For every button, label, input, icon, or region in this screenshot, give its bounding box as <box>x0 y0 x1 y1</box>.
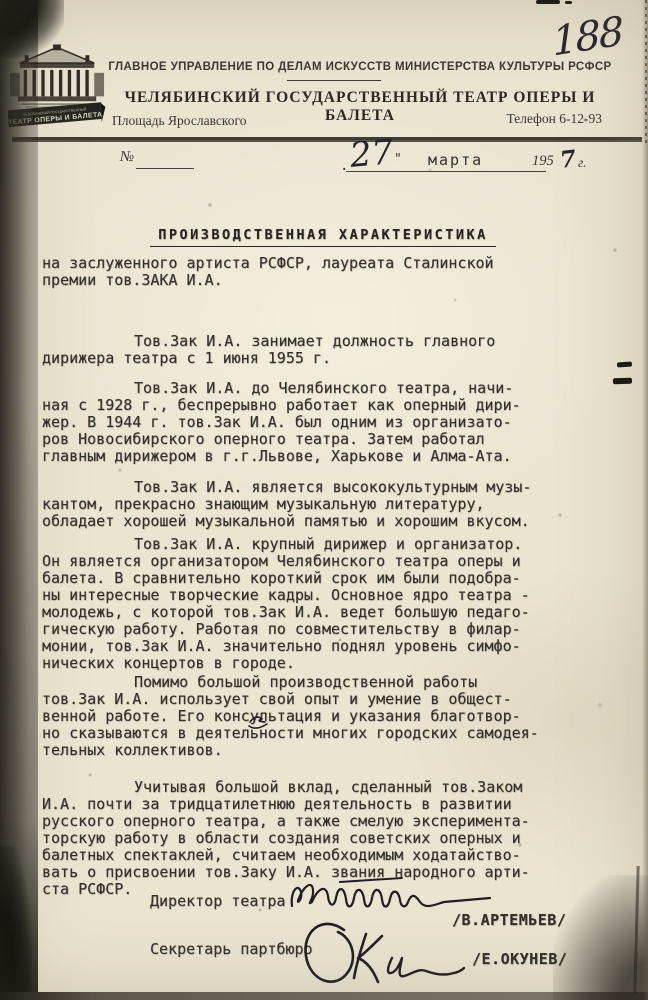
margin-dash-mark <box>613 378 632 385</box>
document-page: 188 ЧЕЛЯБИНСКИЙ ГОСУДАРСТВЕННЫЙ ТЕАТР ОП… <box>0 0 648 1000</box>
handwritten-check-mark <box>246 712 272 732</box>
scan-right-edge <box>642 0 648 1000</box>
theater-building-logo-icon: ЧЕЛЯБИНСКИЙ ГОСУДАРСТВЕННЫЙ ТЕАТР ОПЕРЫ … <box>8 42 106 138</box>
paragraph: Тов.Зак И.А. является высококультурным м… <box>42 479 604 530</box>
handwritten-day: 27 <box>348 132 395 176</box>
paragraph: Тов.Зак И.А. занимает должность главного… <box>42 333 604 367</box>
phone-line: Телефон 6-12-93 <box>507 111 602 127</box>
document-title: ПРОИЗВОДСТВЕННАЯ ХАРАКТЕРИСТИКА <box>150 227 495 247</box>
ministry-line: ГЛАВНОЕ УПРАВЛЕНИЕ ПО ДЕЛАМ ИСКУССТВ МИН… <box>108 61 612 73</box>
document-subtitle: на заслуженного артиста РСФСР, лауреата … <box>42 255 604 289</box>
document-number-label: № <box>120 149 134 166</box>
paragraph: Тов.Зак И.А. крупный дирижер и организат… <box>42 536 604 672</box>
scan-right-tick-marks <box>645 0 647 145</box>
ministry-underline <box>287 80 381 81</box>
scan-bottom-left-blot <box>0 846 32 996</box>
date-quote-mark: " <box>394 152 402 167</box>
letterhead-rule <box>12 137 642 142</box>
typed-month: марта <box>428 151 483 169</box>
signature-row-secretary: Секретарь партбюро /Е.ОКУНЕВ/ <box>150 932 620 980</box>
signature-name: /Е.ОКУНЕВ/ <box>472 950 567 968</box>
signature-role: Директор театра <box>150 892 285 910</box>
top-edge-dash <box>536 0 560 4</box>
top-edge-dash <box>565 1 572 4</box>
scan-bottom-edge <box>0 992 648 1000</box>
secretary-signature-icon <box>296 914 471 994</box>
document-body: ПРОИЗВОДСТВЕННАЯ ХАРАКТЕРИСТИКА на заслу… <box>42 226 604 898</box>
handwritten-page-number: 188 <box>551 8 623 65</box>
document-number-blank <box>136 168 194 169</box>
paragraph: Помимо большой производственной работы т… <box>42 674 604 759</box>
scan-right-fold-line <box>633 866 639 994</box>
paragraph: Тов.Зак И.А. до Челябинского театра, нач… <box>42 380 604 465</box>
handwritten-year-digit: 7 <box>558 145 577 174</box>
printed-year-prefix: 195 <box>532 153 554 170</box>
signature-block: Директор театра /В.АРТЕМЬЕВ/ Секретарь п… <box>150 884 620 980</box>
date-blank-line <box>346 171 546 172</box>
margin-dash-mark <box>617 361 632 367</box>
address-line: Площадь Ярославского <box>112 113 246 129</box>
year-suffix: г. <box>578 155 586 171</box>
scan-left-edge-shadow <box>0 0 38 1000</box>
signature-role: Секретарь партбюро <box>150 940 313 958</box>
